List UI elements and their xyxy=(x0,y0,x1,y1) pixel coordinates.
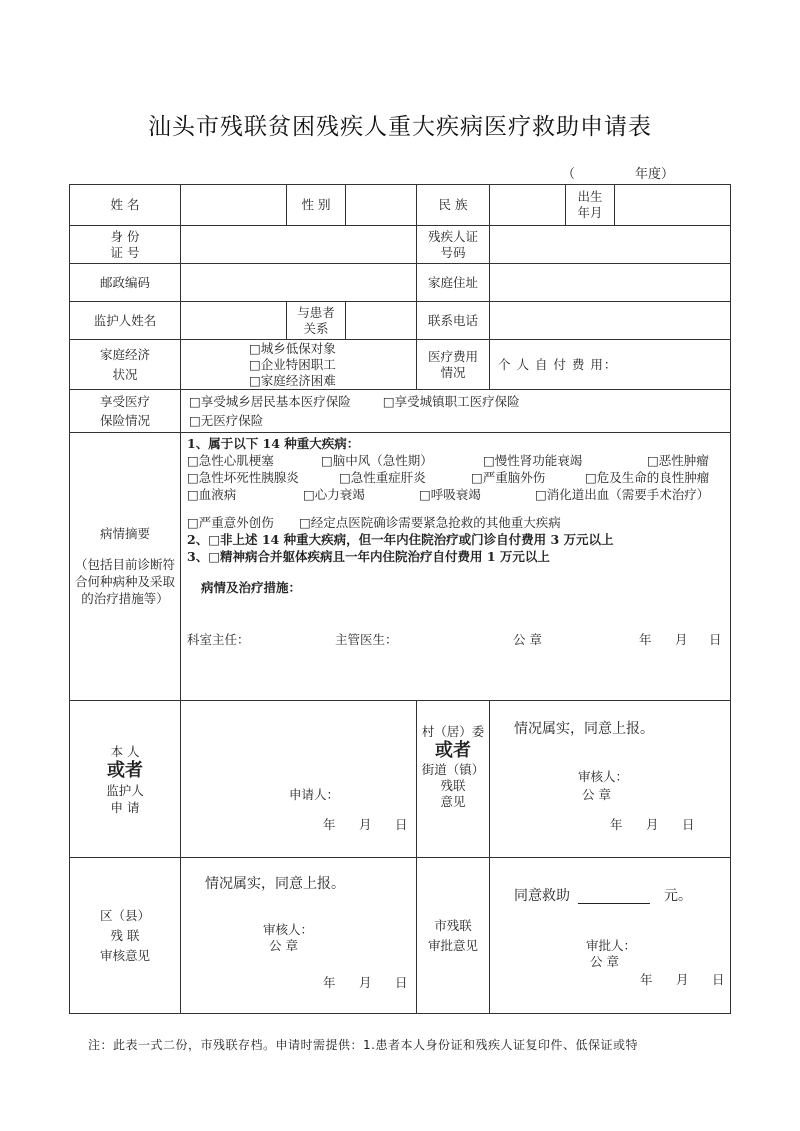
postal-input[interactable] xyxy=(181,264,417,302)
checkbox-employee-insurance[interactable]: □享受城镇职工医疗保险 xyxy=(383,394,520,409)
date-year: 年 xyxy=(323,975,336,991)
checkbox-no-insurance[interactable]: □无医疗保险 xyxy=(189,411,730,430)
section-1-heading: 1、属于以下 14 种重大疾病： xyxy=(187,435,726,452)
checkbox-dibao[interactable]: □城乡低保对象 xyxy=(249,341,416,357)
checkbox-mi[interactable]: □急性心肌梗塞 xyxy=(187,452,274,469)
city-opinion-text: 同意救助元。 xyxy=(514,888,692,904)
birth-label: 出生年月 xyxy=(566,185,615,226)
address-label: 家庭住址 xyxy=(417,264,490,302)
checkbox-gi-bleeding[interactable]: □消化道出血（需要手术治疗） xyxy=(535,486,709,503)
checkbox-heart-failure[interactable]: □心力衰竭 xyxy=(303,486,365,503)
footnote: 注：此表一式二份，市残联存档。申请时需提供：1.患者本人身份证和残疾人证复印件、… xyxy=(88,1036,638,1053)
insurance-options: □享受城乡居民基本医疗保险□享受城镇职工医疗保险 □无医疗保险 xyxy=(181,390,731,433)
id-input[interactable] xyxy=(181,226,417,264)
phone-input[interactable] xyxy=(490,302,731,340)
checkbox-malignant-tumor[interactable]: □恶性肿瘤 xyxy=(647,452,709,469)
date-month: 月 xyxy=(359,817,372,833)
applicant-section-label: 本 人 或者 监护人 申 请 xyxy=(70,701,181,858)
checkbox-brain-injury[interactable]: □严重脑外伤 xyxy=(471,469,545,486)
applicant-label: 申请人： xyxy=(289,787,339,803)
date-day: 日 xyxy=(682,817,695,833)
address-input[interactable] xyxy=(490,264,731,302)
district-label: 区（县） 残 联 审核意见 xyxy=(70,858,181,1014)
date-day: 日 xyxy=(395,817,408,833)
checkbox-stroke[interactable]: □脑中风（急性期） xyxy=(321,452,433,469)
city-approval-area[interactable]: 同意救助元。 审批人： 公 章 年 月 日 xyxy=(490,858,731,1014)
ethnicity-input[interactable] xyxy=(490,185,566,226)
relation-input[interactable] xyxy=(346,302,417,340)
checkbox-enterprise-hardship[interactable]: □企业特困职工 xyxy=(249,357,416,373)
reviewer-label: 审核人： xyxy=(578,769,628,785)
section-3-checkbox[interactable]: 3、□精神病合并躯体疾病且一年内住院治疗自付费用 1 万元以上 xyxy=(187,548,726,565)
city-label: 市残联 审批意见 xyxy=(417,858,490,1014)
guardian-label: 监护人姓名 xyxy=(70,302,181,340)
date-year: 年 xyxy=(323,817,336,833)
doctor-label: 主管医生： xyxy=(335,632,398,648)
self-pay-label: 个 人 自 付 费 用： xyxy=(498,357,617,372)
gender-input[interactable] xyxy=(346,185,417,226)
seal-label: 公 章 xyxy=(582,787,611,803)
date-year: 年 xyxy=(639,632,652,648)
date-day: 日 xyxy=(709,632,722,648)
checkbox-renal-failure[interactable]: □慢性肾功能衰竭 xyxy=(483,452,582,469)
applicant-signature-area[interactable]: 申请人： 年 月 日 xyxy=(181,701,417,858)
medical-cost-label: 医疗费用情况 xyxy=(417,340,490,390)
checkbox-benign-tumor[interactable]: □危及生命的良性肿瘤 xyxy=(585,469,709,486)
seal-label: 公 章 xyxy=(590,954,619,970)
checkbox-hepatitis[interactable]: □急性重症肝炎 xyxy=(339,469,426,486)
insurance-label: 享受医疗保险情况 xyxy=(70,390,181,433)
postal-label: 邮政编码 xyxy=(70,264,181,302)
illness-content: 1、属于以下 14 种重大疾病： □急性心肌梗塞 □脑中风（急性期） □慢性肾功… xyxy=(181,433,731,701)
illness-label: 病情摘要 （包括目前诊断符合何种病种及采取的治疗措施等） xyxy=(70,433,181,701)
checkbox-resident-insurance[interactable]: □享受城乡居民基本医疗保险 xyxy=(189,394,351,409)
reviewer-label: 审核人： xyxy=(263,922,313,938)
phone-label: 联系电话 xyxy=(417,302,490,340)
disability-cert-label: 残疾人证号码 xyxy=(417,226,490,264)
id-label: 身 份证 号 xyxy=(70,226,181,264)
date-month: 月 xyxy=(675,632,688,648)
ethnicity-label: 民 族 xyxy=(417,185,490,226)
treatment-input[interactable]: 科室主任： 主管医生： 公 章 年 月 日 xyxy=(187,596,726,656)
illness-sublabel: （包括目前诊断符合何种病种及采取的治疗措施等） xyxy=(72,556,178,607)
district-opinion-text: 情况属实，同意上报。 xyxy=(205,876,345,892)
name-label: 姓 名 xyxy=(70,185,181,226)
seal-label: 公 章 xyxy=(269,938,298,954)
birth-input[interactable] xyxy=(615,185,731,226)
section-2-checkbox[interactable]: 2、□非上述 14 种重大疾病，但一年内住院治疗或门诊自付费用 3 万元以上 xyxy=(187,531,726,548)
self-pay-field[interactable]: 个 人 自 付 费 用： xyxy=(490,340,731,390)
amount-input[interactable] xyxy=(578,889,650,904)
village-label: 村（居）委 或者 街道（镇） 残联 意见 xyxy=(417,701,490,858)
checkbox-pancreatitis[interactable]: □急性坏死性胰腺炎 xyxy=(187,469,299,486)
director-label: 科室主任： xyxy=(187,632,250,648)
date-month: 月 xyxy=(646,817,659,833)
checkbox-family-hardship[interactable]: □家庭经济困难 xyxy=(249,373,416,389)
guardian-input[interactable] xyxy=(181,302,287,340)
date-month: 月 xyxy=(676,972,689,988)
application-form-table: 姓 名 性 别 民 族 出生年月 身 份证 号 残疾人证号码 邮政编码 家庭住址… xyxy=(69,184,731,1014)
village-opinion-area[interactable]: 情况属实，同意上报。 审核人： 公 章 年 月 日 xyxy=(490,701,731,858)
relation-label: 与患者关系 xyxy=(287,302,346,340)
seal-label: 公 章 xyxy=(513,632,542,648)
gender-label: 性 别 xyxy=(287,185,346,226)
checkbox-trauma[interactable]: □严重意外创伤 xyxy=(187,514,274,531)
checkbox-other-emergency[interactable]: □经定点医院确诊需要紧急抢救的其他重大疾病 xyxy=(299,514,561,531)
name-input[interactable] xyxy=(181,185,287,226)
year-open: （ xyxy=(562,167,575,182)
treatment-label: 病情及治疗措施： xyxy=(187,579,726,596)
date-month: 月 xyxy=(359,975,372,991)
form-title: 汕头市残联贫困残疾人重大疾病医疗救助申请表 xyxy=(0,108,800,141)
approver-label: 审批人： xyxy=(586,938,636,954)
date-day: 日 xyxy=(712,972,725,988)
checkbox-respiratory-failure[interactable]: □呼吸衰竭 xyxy=(419,486,481,503)
year-field[interactable]: （年度） xyxy=(562,163,674,182)
date-year: 年 xyxy=(610,817,623,833)
economy-options: □城乡低保对象 □企业特困职工 □家庭经济困难 xyxy=(181,340,417,390)
checkbox-blood-disease[interactable]: □血液病 xyxy=(187,486,236,503)
year-label: 年度） xyxy=(635,167,674,182)
economy-label: 家庭经济状况 xyxy=(70,340,181,390)
date-year: 年 xyxy=(640,972,653,988)
date-day: 日 xyxy=(395,975,408,991)
village-opinion-text: 情况属实，同意上报。 xyxy=(514,721,654,737)
district-opinion-area[interactable]: 情况属实，同意上报。 审核人： 公 章 年 月 日 xyxy=(181,858,417,1014)
disability-cert-input[interactable] xyxy=(490,226,731,264)
